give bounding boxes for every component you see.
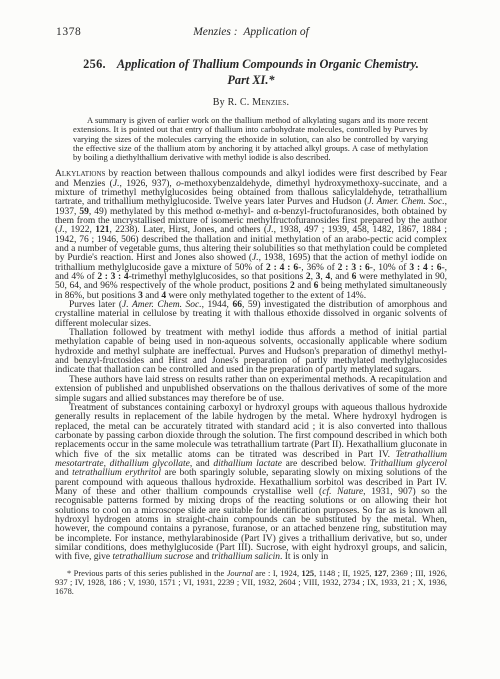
paragraph-purves-later: Purves later (J. Amer. Chem. Soc., 1944,… (55, 301, 447, 329)
author-name: R. C. Menzies. (228, 97, 290, 108)
paragraph-these-authors: These authors have laid stress on result… (55, 376, 447, 404)
abstract: A summary is given of earlier work on th… (73, 116, 428, 162)
paragraph-thallation: Thallation followed by treatment with me… (55, 329, 447, 376)
paragraph-treatment: Treatment of substances containing carbo… (55, 404, 447, 563)
article-title-part: Part XI.* (55, 72, 447, 88)
paragraph-alkylations: Alkylations by reaction between thallous… (55, 170, 447, 301)
article-title-line: 256.Application of Thallium Compounds in… (55, 56, 447, 72)
page-header: 1378 Menzies : Application of (55, 26, 447, 41)
article-title: Application of Thallium Compounds in Org… (117, 57, 419, 71)
article-body: Alkylations by reaction between thallous… (55, 170, 447, 562)
article-number: 256. (83, 57, 106, 71)
running-head: Menzies : Application of (55, 26, 447, 38)
byline-prefix: By (213, 97, 228, 108)
byline: By R. C. Menzies. (55, 97, 447, 108)
journal-page: 1378 Menzies : Application of 256.Applic… (0, 0, 500, 679)
article-title-block: 256.Application of Thallium Compounds in… (55, 56, 447, 88)
footnote: * Previous parts of this series publishe… (55, 569, 447, 596)
